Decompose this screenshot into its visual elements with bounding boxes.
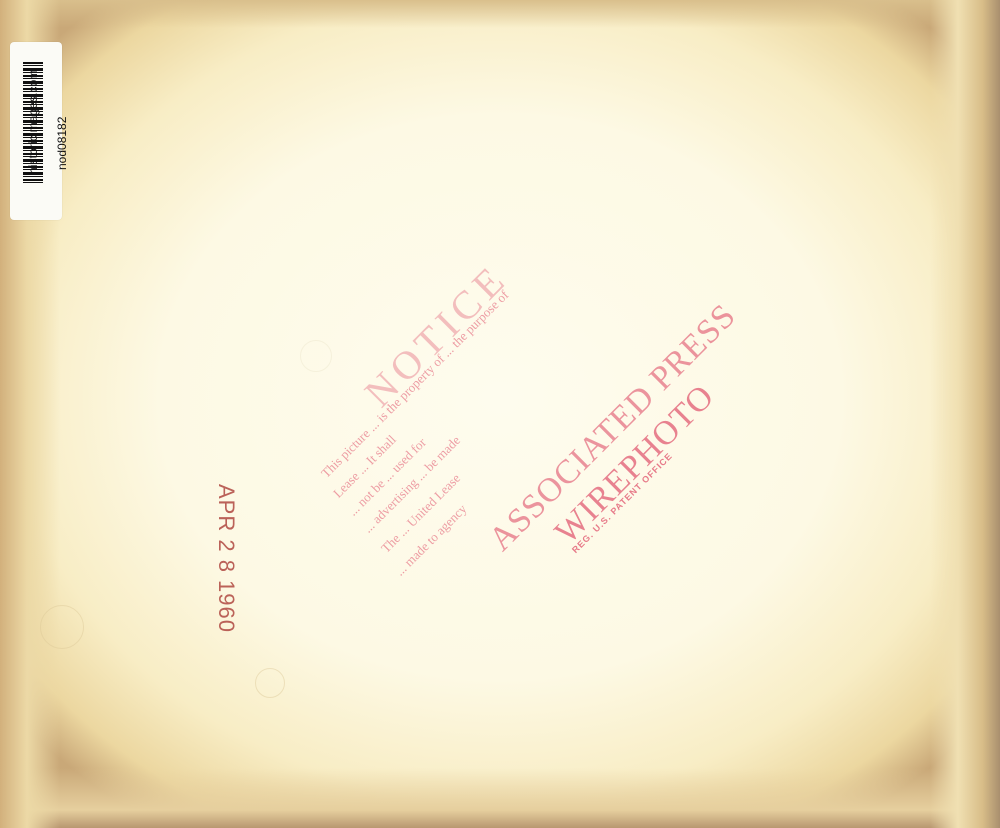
archive-item-id: nod08182 [55, 117, 69, 170]
aged-edge-bottom [0, 768, 1000, 828]
notice-stamp-title: NOTICE [355, 254, 517, 416]
stain-spot [255, 668, 285, 698]
date-stamp: APR 2 8 1960 [213, 484, 239, 633]
aged-edge-right [930, 0, 1000, 828]
stain-spot [40, 605, 84, 649]
photo-back: historicimages.com nod08182 APR 2 8 1960… [0, 0, 1000, 828]
archive-site: historicimages.com [26, 70, 40, 175]
agency-stamp-name: ASSOCIATED PRESS [482, 297, 744, 559]
aged-edge-top [0, 0, 1000, 28]
stain-spot [300, 340, 332, 372]
